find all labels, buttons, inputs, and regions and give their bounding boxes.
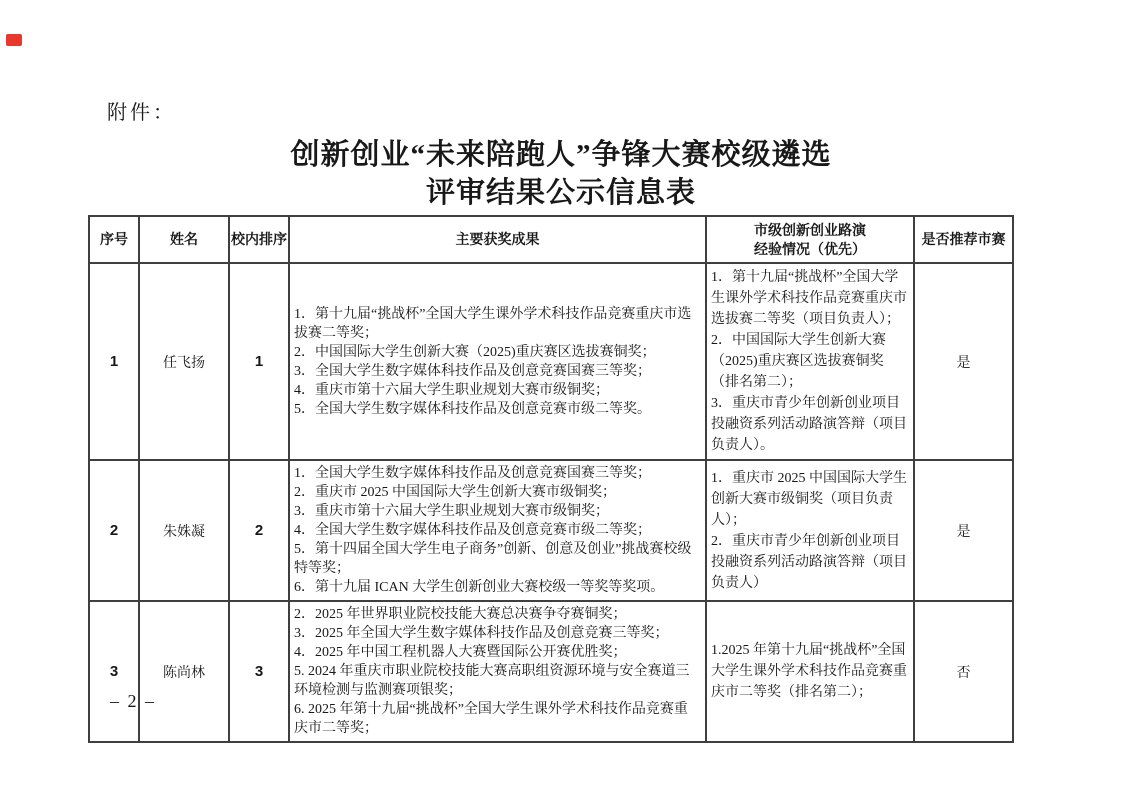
cell-roadshow: 1.2025 年第十九届“挑战杯”全国大学生课外学术科技作品竞赛重庆市二等奖（排… bbox=[706, 601, 914, 742]
cell-rank: 1 bbox=[229, 263, 289, 460]
doc-title-line1: 创新创业“未来陪跑人”争锋大赛校级遴选 bbox=[0, 136, 1122, 174]
cell-awards: 2．2025 年世界职业院校技能大赛总决赛争夺赛铜奖； 3．2025 年全国大学… bbox=[289, 601, 706, 742]
cell-awards: 1．第十九届“挑战杯”全国大学生课外学术科技作品竞赛重庆市选拔赛二等奖； 2．中… bbox=[289, 263, 706, 460]
doc-title: 创新创业“未来陪跑人”争锋大赛校级遴选 评审结果公示信息表 bbox=[0, 136, 1122, 212]
cell-recommend: 是 bbox=[914, 460, 1013, 601]
table-row: 3 陈尚林 3 2．2025 年世界职业院校技能大赛总决赛争夺赛铜奖； 3．20… bbox=[89, 601, 1013, 742]
header-cell-roadshow: 市级创新创业路演 经验情况（优先） bbox=[706, 216, 914, 263]
cell-no: 1 bbox=[89, 263, 139, 460]
results-table: 序号 姓名 校内排序 主要获奖成果 市级创新创业路演 经验情况（优先） 是否推荐… bbox=[88, 215, 1014, 743]
header-cell-awards: 主要获奖成果 bbox=[289, 216, 706, 263]
cell-rank: 3 bbox=[229, 601, 289, 742]
header-cell-recommend: 是否推荐市赛 bbox=[914, 216, 1013, 263]
table-row: 2 朱姝凝 2 1．全国大学生数字媒体科技作品及创意竞赛国赛三等奖； 2．重庆市… bbox=[89, 460, 1013, 601]
cell-no: 2 bbox=[89, 460, 139, 601]
cell-recommend: 否 bbox=[914, 601, 1013, 742]
cell-awards: 1．全国大学生数字媒体科技作品及创意竞赛国赛三等奖； 2．重庆市 2025 中国… bbox=[289, 460, 706, 601]
table-row: 1 任飞扬 1 1．第十九届“挑战杯”全国大学生课外学术科技作品竞赛重庆市选拔赛… bbox=[89, 263, 1013, 460]
red-corner-icon bbox=[6, 34, 22, 46]
cell-name: 陈尚林 bbox=[139, 601, 229, 742]
cell-roadshow: 1．重庆市 2025 中国国际大学生创新大赛市级铜奖（项目负责人）； 2．重庆市… bbox=[706, 460, 914, 601]
page-number: – 2 – bbox=[110, 691, 156, 712]
cell-name: 任飞扬 bbox=[139, 263, 229, 460]
cell-no: 3 bbox=[89, 601, 139, 742]
cell-roadshow: 1．第十九届“挑战杯”全国大学生课外学术科技作品竞赛重庆市选拔赛二等奖（项目负责… bbox=[706, 263, 914, 460]
header-cell-no: 序号 bbox=[89, 216, 139, 263]
cell-rank: 2 bbox=[229, 460, 289, 601]
cell-name: 朱姝凝 bbox=[139, 460, 229, 601]
header-row: 序号 姓名 校内排序 主要获奖成果 市级创新创业路演 经验情况（优先） 是否推荐… bbox=[89, 216, 1013, 263]
doc-title-line2: 评审结果公示信息表 bbox=[0, 174, 1122, 212]
header-cell-name: 姓名 bbox=[139, 216, 229, 263]
document-page: 附件： 创新创业“未来陪跑人”争锋大赛校级遴选 评审结果公示信息表 序号 姓名 … bbox=[0, 0, 1122, 793]
attachment-label: 附件： bbox=[107, 96, 176, 125]
cell-recommend: 是 bbox=[914, 263, 1013, 460]
header-cell-rank: 校内排序 bbox=[229, 216, 289, 263]
